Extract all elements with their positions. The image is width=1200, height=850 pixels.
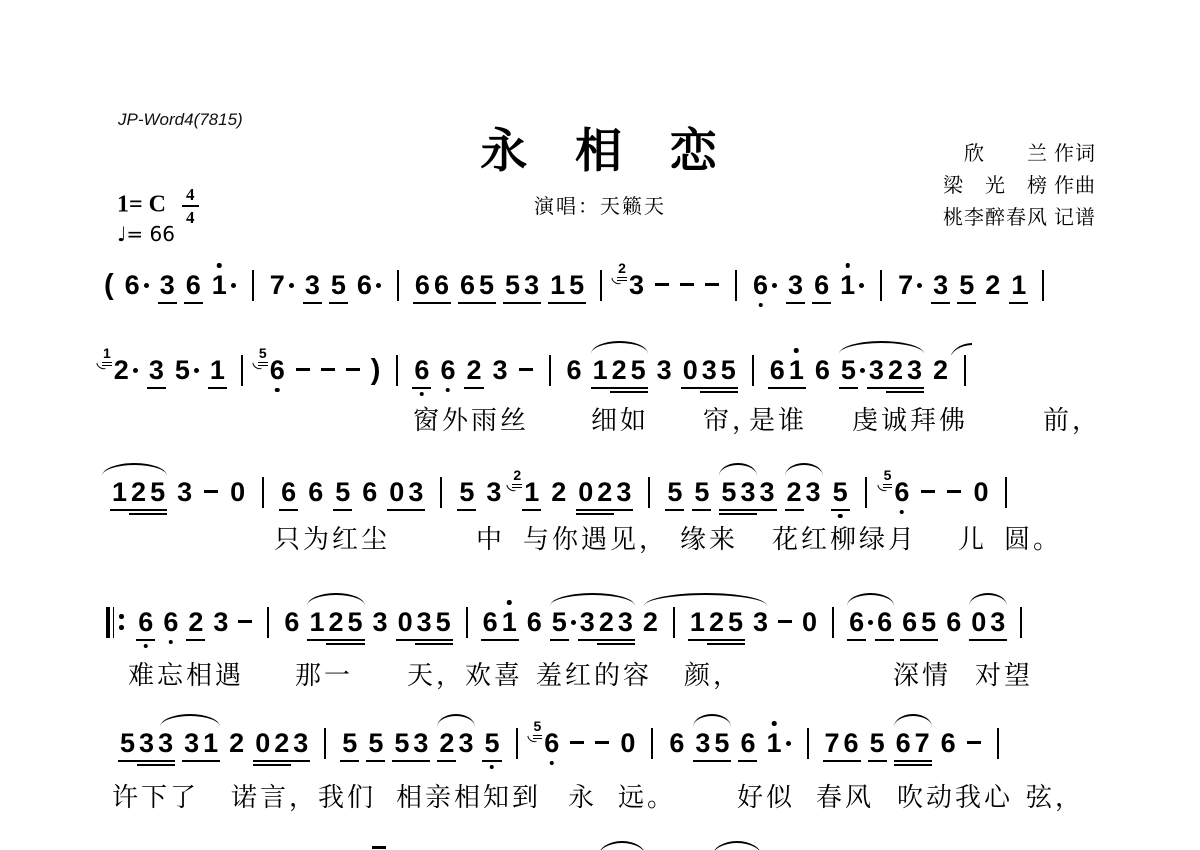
jianpu-note: 2 (597, 477, 612, 507)
high-octave-dot (217, 263, 222, 268)
jianpu-note: 0 (255, 728, 270, 758)
barline (516, 728, 518, 759)
note-number: 1 (309, 607, 324, 637)
duration-underline (610, 391, 629, 393)
lyric-segment: 前， (1043, 400, 1101, 437)
jianpu-note: 0 (802, 607, 817, 637)
duration-underline (156, 760, 175, 762)
note-number: 2 (599, 607, 614, 637)
jianpu-note: 7 (825, 728, 840, 758)
duration-underline (719, 387, 738, 389)
note-number: 3 (618, 607, 633, 637)
jianpu-note: 3 (788, 270, 803, 300)
note-number: 5 (667, 477, 682, 507)
duration-underline (738, 760, 757, 762)
duration-dash (967, 741, 981, 744)
repeat-dots (119, 607, 124, 638)
key-signature: 1= C44 (117, 186, 199, 226)
note-number: 3 (806, 477, 821, 507)
note-number: 2 (709, 607, 724, 637)
grace-hook-curve (527, 734, 536, 743)
note-number: 5 (959, 270, 974, 300)
jianpu-note: 2 (643, 607, 658, 637)
duration-underline (387, 509, 406, 511)
duration-underline (831, 509, 850, 511)
barline (324, 728, 326, 759)
duration-underline (346, 643, 365, 645)
jianpu-note: 6 (414, 355, 429, 385)
note-number: 6 (844, 728, 859, 758)
tie-arc (950, 343, 972, 355)
note-number: 5 (870, 728, 885, 758)
lyric-segment: 那一 (295, 655, 353, 692)
note-number: 6 (544, 728, 559, 758)
duration-underline (712, 760, 731, 762)
note-number: 5 (728, 607, 743, 637)
cutoff-slur-arc (598, 841, 646, 850)
jianpu-note: 6 (415, 270, 430, 300)
note-group: 5323 (841, 355, 922, 385)
duration-underline (919, 639, 938, 641)
jianpu-note: 5 (721, 355, 736, 385)
jianpu-note: 3 (160, 270, 175, 300)
note-number: 3 (788, 270, 803, 300)
duration-underline (326, 639, 345, 641)
duration-underline (894, 760, 913, 762)
duration-underline (253, 760, 272, 762)
jianpu-note: 6 (946, 607, 961, 637)
jianpu-note: 5 (721, 477, 736, 507)
jianpu-note: 1 (690, 607, 705, 637)
note-number: 2 (612, 355, 627, 385)
lyric-segment: 虔诚拜佛 (852, 400, 968, 437)
grace-hook-curve (877, 483, 886, 492)
note-number: 3 (740, 477, 755, 507)
duration-underline (366, 760, 385, 762)
duration-underline (988, 639, 1007, 641)
repeat-thick-bar (106, 607, 110, 638)
barline (440, 477, 442, 508)
note-number: 1 (1011, 270, 1026, 300)
note-number: 5 (694, 477, 709, 507)
note-number: 6 (434, 270, 449, 300)
jianpu-note: 6 (186, 270, 201, 300)
note-number: 0 (398, 607, 413, 637)
note-number: 3 (580, 607, 595, 637)
jianpu-note: 5 (921, 607, 936, 637)
jianpu-note: 6 (138, 607, 153, 637)
cutoff-slur-arc (712, 841, 762, 850)
note-number: 6 (357, 270, 372, 300)
slur-arc (102, 463, 167, 476)
jianpu-note: 1 (212, 270, 236, 300)
augmentation-dot (133, 368, 138, 373)
jianpu-note: 2 (933, 355, 948, 385)
grace-note: 2 (618, 261, 626, 275)
barline (648, 477, 650, 508)
note-number: 2 (131, 477, 146, 507)
slur-arc (785, 463, 823, 476)
note-group: 67 (896, 728, 930, 758)
jianpu-note: 6 (434, 270, 449, 300)
jianpu-note: 3 (493, 355, 508, 385)
jianpu-note: 6 (941, 728, 956, 758)
note-number: 2 (643, 607, 658, 637)
note-group: 35 (695, 728, 729, 758)
note-number: 1 (524, 477, 539, 507)
duration-underline (182, 760, 201, 762)
duration-underline (665, 509, 684, 511)
augmentation-dot (571, 620, 576, 625)
jianpu-note: 6 (877, 607, 892, 637)
duration-underline (434, 639, 453, 641)
duration-dash (705, 283, 719, 286)
grace-hook-curve (611, 276, 620, 285)
duration-underline (333, 509, 352, 511)
jianpu-note: 2 (599, 607, 614, 637)
slur-arc (693, 714, 731, 727)
note-number: 1 (690, 607, 705, 637)
jianpu-note: 6 (567, 355, 582, 385)
note-number: 3 (293, 728, 308, 758)
duration-underline (726, 643, 745, 645)
barline (1005, 477, 1007, 508)
jianpu-note: 3 (413, 728, 428, 758)
note-number: 5 (484, 728, 499, 758)
note-number: 3 (629, 270, 644, 300)
slur-arc (591, 341, 648, 354)
duration-underline (591, 387, 610, 389)
note-number: 2 (888, 355, 903, 385)
jianpu-note: 3 (702, 355, 717, 385)
music-line: 1235156)66236125303561653232 (103, 355, 971, 386)
note-group: 61 (770, 355, 804, 385)
jianpu-note: 5 (175, 355, 199, 385)
note-group: 035 (398, 607, 451, 637)
jianpu-note: 3 (580, 607, 595, 637)
slur-arc (307, 593, 364, 606)
note-number: 3 (408, 477, 423, 507)
jianpu-note: 2 (612, 355, 627, 385)
music-line: (636173566665531523636173521 (104, 270, 1049, 301)
note-number: 3 (158, 728, 173, 758)
note-number: 0 (389, 477, 404, 507)
tempo-marking: ♩= 66 (117, 222, 175, 246)
note-number: 3 (933, 270, 948, 300)
duration-underline (707, 639, 726, 641)
time-signature-top: 4 (182, 186, 199, 207)
barline (549, 355, 551, 386)
duration-underline (291, 760, 310, 762)
low-octave-dot (490, 765, 495, 770)
jianpu-note: 5 (694, 477, 709, 507)
duration-underline (931, 302, 950, 304)
note-number: 0 (973, 477, 988, 507)
note-number: 3 (524, 270, 539, 300)
low-octave-dot (838, 514, 843, 519)
note-group: 66 (415, 270, 449, 300)
lyricist-credit: 欣 兰 作词 (943, 138, 1096, 170)
low-octave-dot (169, 640, 174, 645)
duration-underline (842, 760, 861, 762)
duration-underline (629, 391, 648, 393)
note-number: 5 (436, 607, 451, 637)
note-number: 6 (849, 607, 864, 637)
duration-underline (875, 639, 894, 641)
repeat-start-sign (106, 607, 124, 638)
duration-underline (481, 639, 500, 641)
note-number: 3 (417, 607, 432, 637)
duration-underline (787, 387, 806, 389)
slur-arc (894, 714, 932, 727)
note-number: 3 (990, 607, 1005, 637)
duration-underline (719, 509, 738, 511)
note-number: 3 (149, 355, 164, 385)
lyric-segment: 吹动我心 (897, 777, 1013, 814)
note-number: 6 (270, 355, 285, 385)
jianpu-note: 5 (348, 607, 363, 637)
duration-underline (147, 387, 166, 389)
note-group: 23 (439, 728, 473, 758)
jianpu-note: 7 (915, 728, 930, 758)
duration-underline (894, 764, 913, 766)
note-number: 2 (551, 477, 566, 507)
augmentation-dot (917, 283, 922, 288)
low-octave-dot (550, 761, 555, 766)
note-number: 1 (840, 270, 855, 300)
jianpu-note: 3 (139, 728, 154, 758)
duration-underline (500, 639, 519, 641)
duration-underline (576, 513, 595, 515)
note-number: 3 (907, 355, 922, 385)
jianpu-note: 1 (550, 270, 565, 300)
note-number: 6 (894, 477, 909, 507)
duration-underline (522, 302, 541, 304)
note-number: 6 (567, 355, 582, 385)
note-number: 0 (971, 607, 986, 637)
jianpu-note: 1 (210, 355, 225, 385)
open-paren: ( (104, 270, 114, 301)
duration-underline (900, 639, 919, 641)
note-number: 7 (898, 270, 913, 300)
lyric-segment: 羞红的容 (536, 655, 652, 692)
note-number: 5 (479, 270, 494, 300)
jianpu-note: 5 (479, 270, 494, 300)
augmentation-dot (231, 283, 236, 288)
duration-underline (693, 760, 712, 762)
note-group: 023 (578, 477, 631, 507)
duration-underline (726, 639, 745, 641)
lyric-segment: 圆。 (1004, 519, 1062, 556)
low-octave-dot (144, 644, 149, 649)
duration-underline (688, 639, 707, 641)
note-number: 5 (841, 355, 856, 385)
duration-underline (681, 387, 700, 389)
jianpu-note: 2 (985, 270, 1000, 300)
note-number: 5 (714, 728, 729, 758)
lyric-segment: 细如 (591, 400, 649, 437)
note-number: 6 (440, 355, 455, 385)
jianpu-note: 0 (683, 355, 698, 385)
jianpu-note: 2 (328, 607, 343, 637)
note-number: 2 (466, 355, 481, 385)
augmentation-dot (772, 283, 777, 288)
jianpu-note: 3 (524, 270, 539, 300)
jianpu-note: 2 (466, 355, 481, 385)
duration-dash (655, 283, 669, 286)
duration-underline (184, 302, 203, 304)
jianpu-note: 3 (869, 355, 884, 385)
time-signature-bottom: 4 (182, 207, 199, 226)
lyric-segment: 许下了 (112, 777, 199, 814)
close-paren: ) (371, 355, 381, 386)
composer-credit: 梁 光 榜 作曲 (943, 170, 1096, 202)
note-number: 2 (597, 477, 612, 507)
jianpu-note: 1 (766, 728, 790, 758)
high-octave-dot (845, 263, 850, 268)
jianpu-note: 3 (740, 477, 755, 507)
jianpu-note: 0 (230, 477, 245, 507)
duration-underline (129, 513, 148, 515)
jianpu-note: 5 (552, 607, 576, 637)
jianpu-note: 5 (394, 728, 409, 758)
duration-underline (905, 387, 924, 389)
jianpu-note: 2 (439, 728, 454, 758)
duration-underline (156, 764, 175, 766)
jianpu-note: 3 (759, 477, 774, 507)
note-number: 3 (160, 270, 175, 300)
barline (865, 477, 867, 508)
low-octave-dot (275, 388, 280, 393)
jianpu-note: 3 (657, 355, 672, 385)
note-number: 3 (373, 607, 388, 637)
note-number: 6 (362, 477, 377, 507)
note-number: 1 (766, 728, 781, 758)
jianpu-note: 5 (870, 728, 885, 758)
jianpu-note: 6 (770, 355, 785, 385)
note-number: 6 (740, 728, 755, 758)
duration-underline (719, 391, 738, 393)
jianpu-note: 5 (569, 270, 584, 300)
note-number: 3 (213, 607, 228, 637)
jianpu-note: 0 (389, 477, 404, 507)
duration-underline (413, 302, 432, 304)
music-line: 125306656035321202355533235560 (112, 477, 1012, 508)
duration-dash (680, 283, 694, 286)
duration-underline (464, 387, 483, 389)
duration-underline (597, 643, 616, 645)
jianpu-note: 2 (709, 607, 724, 637)
duration-underline (437, 760, 456, 762)
slur-arc (847, 593, 894, 606)
note-number: 5 (175, 355, 190, 385)
note-number: 1 (212, 270, 227, 300)
jianpu-note: 3 (618, 607, 633, 637)
note-group: 023 (255, 728, 308, 758)
note-number: 2 (188, 607, 203, 637)
note-number: 2 (787, 477, 802, 507)
jianpu-note: 3 (907, 355, 922, 385)
high-octave-dot (794, 348, 799, 353)
jianpu-note: 6 (284, 607, 299, 637)
note-number: 0 (620, 728, 635, 758)
jianpu-note: 5 (335, 477, 350, 507)
duration-underline (707, 643, 726, 645)
duration-dash (570, 741, 584, 744)
note-number: 6 (815, 355, 830, 385)
jianpu-note: 56 (259, 355, 285, 385)
lyric-segment: 弦， (1026, 777, 1084, 814)
jianpu-note: 3 (417, 607, 432, 637)
jianpu-note: 1 (840, 270, 864, 300)
note-number: 3 (869, 355, 884, 385)
grace-note: 5 (259, 346, 267, 360)
jianpu-note: 0 (971, 607, 986, 637)
grace-note: 2 (513, 468, 521, 482)
jianpu-note: 6 (849, 607, 873, 637)
duration-underline (868, 760, 887, 762)
jianpu-note: 5 (368, 728, 383, 758)
duration-underline (136, 639, 155, 641)
note-number: 3 (493, 355, 508, 385)
jianpu-note: 3 (990, 607, 1005, 637)
note-number: 2 (933, 355, 948, 385)
jianpu-note: 1 (789, 355, 804, 385)
key-text: 1= C (117, 192, 166, 218)
note-group: 533 (120, 728, 173, 758)
note-number: 5 (505, 270, 520, 300)
duration-underline (415, 639, 434, 641)
barline (880, 270, 882, 301)
lyric-segment: 深情 (893, 655, 951, 692)
note-number: 6 (186, 270, 201, 300)
jianpu-note: 3 (616, 477, 631, 507)
transcriber-credit: 桃李醉春风 记谱 (943, 202, 1096, 234)
note-number: 6 (527, 607, 542, 637)
duration-underline (457, 509, 476, 511)
note-number: 3 (184, 728, 199, 758)
jianpu-note: 3 (458, 728, 473, 758)
note-number: 1 (502, 607, 517, 637)
lyric-segment: 窗外雨丝 (413, 400, 529, 437)
barline (267, 607, 269, 638)
duration-underline (886, 387, 905, 389)
duration-dash (321, 368, 335, 371)
lyric-segment: 永 (568, 777, 597, 814)
jianpu-note: 1 (309, 607, 324, 637)
grace-note: 5 (884, 468, 892, 482)
jianpu-note: 3 (373, 607, 388, 637)
duration-underline (738, 509, 757, 511)
barline (396, 355, 398, 386)
note-number: 5 (921, 607, 936, 637)
lyric-segment: 对望 (975, 655, 1033, 692)
jianpu-note: 3 (695, 728, 710, 758)
duration-underline (186, 639, 205, 641)
lyric-segment: 只为红尘 (274, 519, 390, 556)
barline (1020, 607, 1022, 638)
jianpu-note: 2 (551, 477, 566, 507)
note-number: 6 (669, 728, 684, 758)
jianpu-note: 3 (177, 477, 192, 507)
jianpu-note: 2 (188, 607, 203, 637)
jianpu-note: 5 (150, 477, 165, 507)
note-group: 53 (394, 728, 428, 758)
duration-underline (614, 509, 633, 511)
lyric-segment: 与你遇见， (523, 519, 668, 556)
jianpu-note: 0 (578, 477, 593, 507)
note-number: 1 (203, 728, 218, 758)
